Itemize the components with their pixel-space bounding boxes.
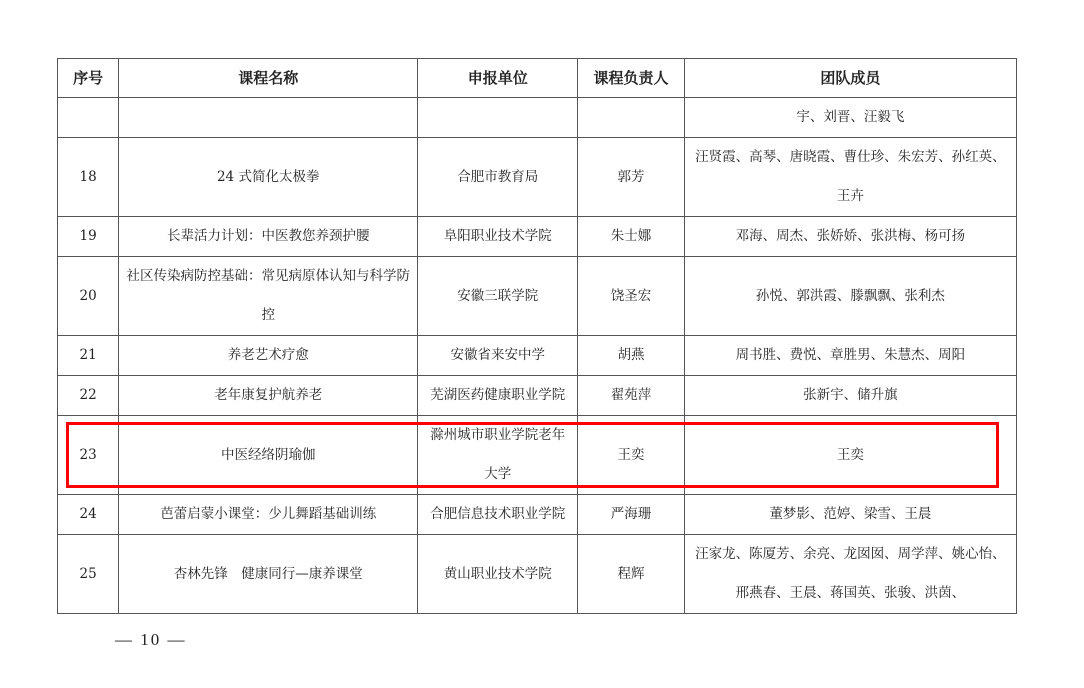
cell-course-name: 24 式简化太极拳 [119, 138, 418, 217]
cell-unit [418, 98, 578, 138]
cell-team: 董梦影、范婷、梁雪、王晨 [684, 495, 1016, 535]
cell-unit: 合肥信息技术职业学院 [418, 495, 578, 535]
cell-lead [578, 98, 684, 138]
cell-lead: 郭芳 [578, 138, 684, 217]
cell-unit: 黄山职业技术学院 [418, 535, 578, 614]
header-course-name: 课程名称 [119, 59, 418, 98]
course-table: 序号 课程名称 申报单位 课程负责人 团队成员 宇、刘晋、汪毅飞 18 24 式… [57, 58, 1017, 614]
table-row: 21 养老艺术疗愈 安徽省来安中学 胡燕 周书胜、费悦、章胜男、朱慧杰、周阳 [58, 336, 1017, 376]
table-row: 25 杏林先锋 健康同行—康养课堂 黄山职业技术学院 程辉 汪家龙、陈厦芳、余亮… [58, 535, 1017, 614]
cell-no: 19 [58, 217, 119, 257]
table-row-highlighted: 23 中医经络阴瑜伽 滁州城市职业学院老年大学 王奕 王奕 [58, 416, 1017, 495]
table-row: 22 老年康复护航养老 芜湖医药健康职业学院 翟苑萍 张新宇、储升旗 [58, 376, 1017, 416]
cell-course-name: 长辈活力计划：中医教您养颈护腰 [119, 217, 418, 257]
cell-course-name: 社区传染病防控基础：常见病原体认知与科学防控 [119, 257, 418, 336]
cell-team: 汪家龙、陈厦芳、余亮、龙囡囡、周学萍、姚心怡、邢燕春、王晨、蒋国英、张骏、洪茵、 [684, 535, 1016, 614]
cell-lead: 饶圣宏 [578, 257, 684, 336]
cell-lead: 朱士娜 [578, 217, 684, 257]
cell-lead: 胡燕 [578, 336, 684, 376]
cell-unit: 芜湖医药健康职业学院 [418, 376, 578, 416]
cell-team: 王奕 [684, 416, 1016, 495]
cell-team: 周书胜、费悦、章胜男、朱慧杰、周阳 [684, 336, 1016, 376]
cell-no [58, 98, 119, 138]
cell-no: 24 [58, 495, 119, 535]
cell-course-name: 芭蕾启蒙小课堂：少儿舞蹈基础训练 [119, 495, 418, 535]
cell-course-name: 杏林先锋 健康同行—康养课堂 [119, 535, 418, 614]
page-number: — 10 — [115, 630, 187, 650]
cell-team: 张新宇、储升旗 [684, 376, 1016, 416]
table-row: 19 长辈活力计划：中医教您养颈护腰 阜阳职业技术学院 朱士娜 邓海、周杰、张娇… [58, 217, 1017, 257]
cell-unit: 安徽三联学院 [418, 257, 578, 336]
table-row: 20 社区传染病防控基础：常见病原体认知与科学防控 安徽三联学院 饶圣宏 孙悦、… [58, 257, 1017, 336]
header-team: 团队成员 [684, 59, 1016, 98]
cell-unit: 阜阳职业技术学院 [418, 217, 578, 257]
header-no: 序号 [58, 59, 119, 98]
cell-course-name: 养老艺术疗愈 [119, 336, 418, 376]
table-row: 18 24 式简化太极拳 合肥市教育局 郭芳 汪贤霞、高琴、唐晓霞、曹仕珍、朱宏… [58, 138, 1017, 217]
cell-no: 20 [58, 257, 119, 336]
cell-team: 邓海、周杰、张娇娇、张洪梅、杨可扬 [684, 217, 1016, 257]
cell-no: 18 [58, 138, 119, 217]
cell-unit: 安徽省来安中学 [418, 336, 578, 376]
table-row: 24 芭蕾启蒙小课堂：少儿舞蹈基础训练 合肥信息技术职业学院 严海珊 董梦影、范… [58, 495, 1017, 535]
cell-team: 宇、刘晋、汪毅飞 [684, 98, 1016, 138]
cell-no: 23 [58, 416, 119, 495]
cell-no: 21 [58, 336, 119, 376]
cell-team: 汪贤霞、高琴、唐晓霞、曹仕珍、朱宏芳、孙红英、王卉 [684, 138, 1016, 217]
table-header-row: 序号 课程名称 申报单位 课程负责人 团队成员 [58, 59, 1017, 98]
cell-course-name [119, 98, 418, 138]
cell-lead: 王奕 [578, 416, 684, 495]
cell-lead: 程辉 [578, 535, 684, 614]
cell-no: 25 [58, 535, 119, 614]
table-row-continued: 宇、刘晋、汪毅飞 [58, 98, 1017, 138]
cell-unit: 滁州城市职业学院老年大学 [418, 416, 578, 495]
cell-no: 22 [58, 376, 119, 416]
cell-lead: 严海珊 [578, 495, 684, 535]
header-lead: 课程负责人 [578, 59, 684, 98]
cell-course-name: 老年康复护航养老 [119, 376, 418, 416]
header-unit: 申报单位 [418, 59, 578, 98]
cell-lead: 翟苑萍 [578, 376, 684, 416]
cell-unit: 合肥市教育局 [418, 138, 578, 217]
cell-course-name: 中医经络阴瑜伽 [119, 416, 418, 495]
cell-team: 孙悦、郭洪霞、滕飘飘、张利杰 [684, 257, 1016, 336]
